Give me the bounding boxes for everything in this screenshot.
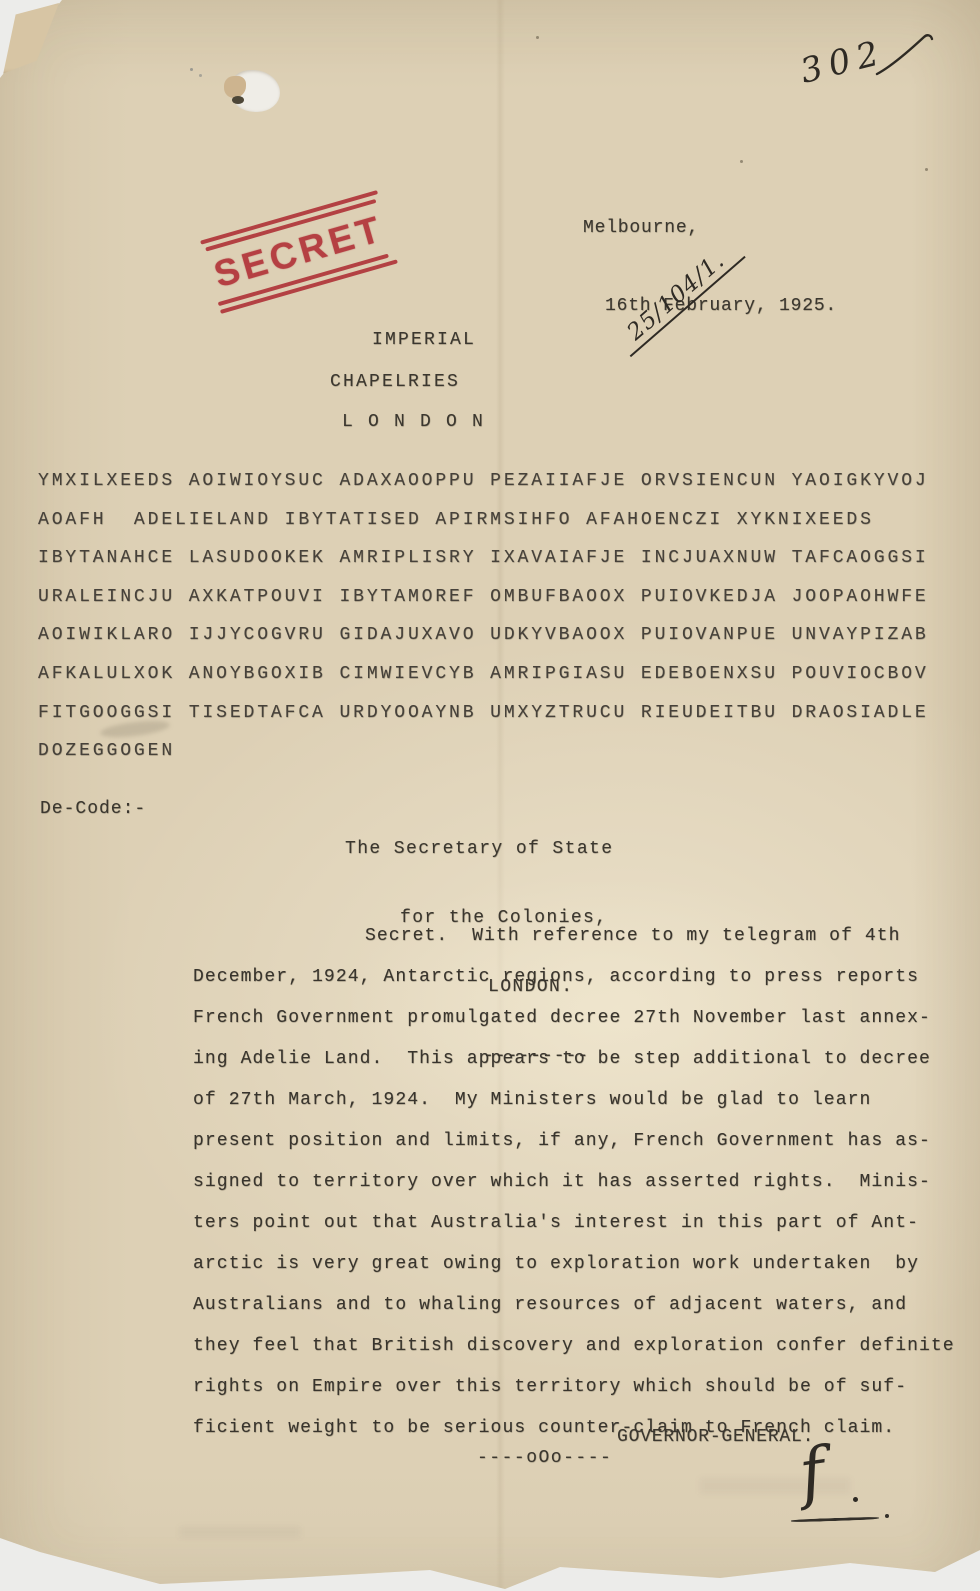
code-group-row: FITGOOGGSI TISEDTAFCA URDYOOAYNB UMXYZTR… bbox=[38, 694, 929, 733]
paper-damage-detail bbox=[224, 76, 246, 98]
ink-speck bbox=[925, 168, 928, 171]
code-group-row: AOAFH ADELIELAND IBYTATISED APIRMSIHFO A… bbox=[38, 501, 929, 540]
paper-damage-spot bbox=[230, 70, 280, 112]
body-line: ficient weight to be serious counter-cla… bbox=[193, 1408, 955, 1449]
paper-damage-detail bbox=[232, 96, 244, 104]
ink-speck bbox=[190, 68, 193, 71]
signature-dot bbox=[853, 1497, 858, 1502]
check-flourish-icon bbox=[874, 32, 936, 80]
address-line-1: The Secretary of State bbox=[345, 838, 613, 861]
code-group-row: AOIWIKLARO IJJYCOGVRU GIDAJUXAVO UDKYVBA… bbox=[38, 616, 929, 655]
body-line: French Government promulgated decree 27t… bbox=[193, 998, 955, 1039]
document-scan: 302 Melbourne, 16th February, 1925. SECR… bbox=[0, 0, 980, 1591]
code-group-row: DOZEGGOGEN bbox=[38, 732, 929, 771]
ghost-impression bbox=[180, 1526, 300, 1538]
code-group-row: URALEINCJU AXKATPOUVI IBYTAMOREF OMBUFBA… bbox=[38, 578, 929, 617]
code-group-row: AFKALULXOK ANOYBGOXIB CIMWIEVCYB AMRIPGI… bbox=[38, 655, 929, 694]
body-line: they feel that British discovery and exp… bbox=[193, 1326, 955, 1367]
ghost-impression bbox=[700, 1478, 850, 1494]
code-group-row: YMXILXEEDS AOIWIOYSUC ADAXAOOPPU PEZAIIA… bbox=[38, 462, 929, 501]
ink-speck bbox=[199, 74, 202, 77]
body-line: ing Adelie Land. This appears to be step… bbox=[193, 1039, 955, 1080]
body-line: rights on Empire over this territory whi… bbox=[193, 1367, 955, 1408]
body-line: December, 1924, Antarctic regions, accor… bbox=[193, 957, 955, 998]
letterhead-line-3: L O N D O N bbox=[342, 412, 485, 432]
message-body: Secret. With reference to my telegram of… bbox=[193, 916, 955, 1449]
signature-underline-dot bbox=[885, 1514, 889, 1518]
body-line: ters point out that Australia's interest… bbox=[193, 1203, 955, 1244]
body-line: Secret. With reference to my telegram of… bbox=[193, 916, 955, 957]
body-line: of 27th March, 1924. My Ministers would … bbox=[193, 1080, 955, 1121]
date-city: Melbourne, bbox=[583, 215, 837, 241]
decode-label: De-Code:- bbox=[40, 799, 146, 819]
body-line: arctic is very great owing to exploratio… bbox=[193, 1244, 955, 1285]
letterhead-line-2: CHAPELRIES bbox=[330, 372, 460, 392]
body-line: signed to territory over which it has as… bbox=[193, 1162, 955, 1203]
ooo-divider: ----oOo---- bbox=[477, 1448, 612, 1468]
ink-speck bbox=[536, 36, 539, 39]
cipher-code-block: YMXILXEEDS AOIWIOYSUC ADAXAOOPPU PEZAIIA… bbox=[38, 462, 929, 771]
code-group-row: IBYTANAHCE LASUDOOKEK AMRIPLISRY IXAVAIA… bbox=[38, 539, 929, 578]
letterhead-line-1: IMPERIAL bbox=[372, 330, 476, 350]
signoff-title: GOVERNOR-GENERAL. bbox=[617, 1427, 814, 1447]
body-line: Australians and to whaling resources of … bbox=[193, 1285, 955, 1326]
body-line: present position and limits, if any, Fre… bbox=[193, 1121, 955, 1162]
